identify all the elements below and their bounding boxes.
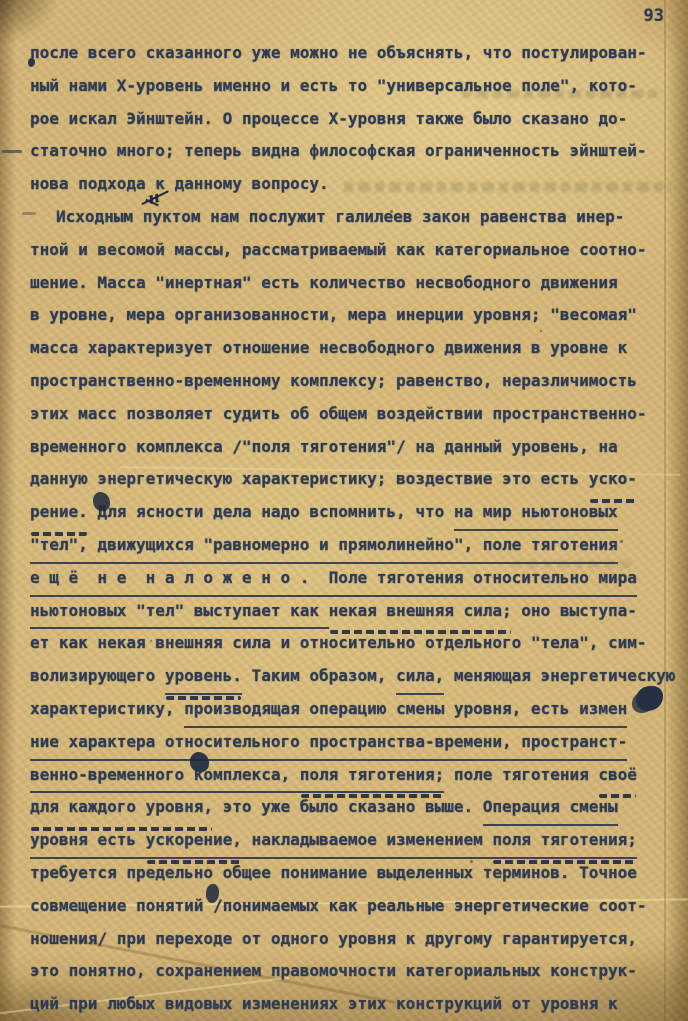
text-segment: уско- (589, 463, 637, 496)
text-line: уровня есть ускорение, накладываемое изм… (30, 824, 682, 857)
text-line: это понятно, сохранением правомочности к… (30, 955, 682, 988)
text-segment: масса характеризует отношение несвободно… (30, 332, 627, 365)
text-line: ет как некая внешняя сила и относительно… (30, 627, 682, 660)
ink-blot (190, 752, 209, 772)
paper-speck (540, 330, 542, 332)
text-segment: уровень. (165, 660, 242, 693)
text-line: требуется предельно общее понимание выде… (30, 857, 682, 890)
text-segment: своё (598, 759, 637, 792)
text-segment: Исходным пуктом нам послужит галилеев за… (56, 201, 624, 234)
paper-speck (470, 860, 473, 863)
document-lines: после всего сказанного уже можно не объя… (30, 37, 682, 1021)
text-segment: шение. Масса "инертная" есть количество … (30, 267, 618, 300)
text-line: волизирующего уровень. Таким образом, си… (30, 660, 682, 693)
text-segment: ние характера относительного пространств… (30, 726, 627, 759)
text-segment: статочно много; теперь видна философская… (30, 135, 647, 168)
paper-speck (150, 640, 152, 642)
text-segment: ций при любых видовых изменениях этих ко… (30, 988, 618, 1021)
text-line: "тел", движущихся "равномерно и прямолин… (30, 529, 682, 562)
text-line: ношения/ при переходе от одного уровня к… (30, 923, 682, 956)
text-line: шение. Масса "инертная" есть количество … (30, 267, 682, 300)
text-line: характеристику, производящая операцию см… (30, 693, 682, 726)
text-segment: рение. (30, 496, 88, 529)
text-segment: в уровне, мера организованности, мера ин… (30, 299, 637, 332)
text-line: пространственно-временному комплексу; ра… (30, 365, 682, 398)
text-segment: ный нами Х-уровень именно и есть то "уни… (30, 70, 637, 103)
text-line: масса характеризует отношение несвободно… (30, 332, 682, 365)
text-segment: на мир ньютоновых (454, 496, 618, 529)
text-line: тной и весомой массы, рассматриваемый ка… (30, 234, 682, 267)
text-line: статочно много; теперь видна философская… (30, 135, 682, 168)
text-segment: временного комплекса /"поля тяготения"/ … (30, 431, 618, 464)
text-line: венно-временного комплекса, поля тяготен… (30, 759, 682, 792)
ink-smudge (93, 492, 110, 511)
text-line: для каждого уровня, это уже было сказано… (30, 791, 682, 824)
text-line: рение. Для ясности дела надо вспомнить, … (30, 496, 682, 529)
text-segment: данную энергетическую характеристику; во… (30, 463, 589, 496)
text-segment: Для ясности дела надо вспомнить, что (88, 496, 454, 529)
text-segment: накладываемое изменением (242, 824, 492, 857)
text-segment: нова подхода к данному вопросу. (30, 168, 329, 201)
text-segment: производящая операцию смены уровня, есть… (184, 693, 627, 726)
text-segment: рое искал Эйнштейн. О процессе Х-уровня … (30, 103, 627, 136)
text-segment: это понятно, сохранением правомочности к… (30, 955, 637, 988)
text-segment: ношения/ при переходе от одного уровня к… (30, 923, 637, 956)
text-segment: совмещение понятий /понимаемых как реаль… (30, 890, 647, 923)
text-segment: поля тяготения; (300, 759, 445, 792)
text-line: Исходным пуктом нам послужит галилеев за… (30, 201, 682, 234)
text-line: рое искал Эйнштейн. О процессе Х-уровня … (30, 103, 682, 136)
text-line: этих масс позволяет судить об общем возд… (30, 398, 682, 431)
text-segment: венно-временного комплекса, (30, 759, 300, 792)
text-segment: уровня есть (30, 824, 146, 857)
text-segment: е щ ё н е н а л о ж е н о . Поле тяготен… (30, 562, 637, 595)
text-line: данную энергетическую характеристику; во… (30, 463, 682, 496)
margin-dash (22, 212, 36, 215)
scanned-typewritten-page: 93 после всего сказанного уже можно не о… (0, 0, 688, 1021)
text-line: ние характера относительного пространств… (30, 726, 682, 759)
text-segment: ньютоновых "тел" выступает как (30, 595, 329, 628)
text-segment: этих масс позволяет судить об общем возд… (30, 398, 647, 431)
text-segment: поле тяготения (444, 759, 598, 792)
text-line: ций при любых видовых изменениях этих ко… (30, 988, 682, 1021)
text-segment: для каждого уровня, (30, 791, 213, 824)
text-line: ньютоновых "тел" выступает как некая вне… (30, 595, 682, 628)
text-line: е щ ё н е н а л о ж е н о . Поле тяготен… (30, 562, 682, 595)
text-line: после всего сказанного уже можно не объя… (30, 37, 682, 70)
text-segment: некая внешняя сила; (329, 595, 512, 628)
text-segment: характеристику, (30, 693, 184, 726)
text-segment: "тел", движущихся "равномерно и прямолин… (30, 529, 618, 562)
text-line: в уровне, мера организованности, мера ин… (30, 299, 682, 332)
text-segment: это уже было сказано выше. (213, 791, 483, 824)
paper-speck (390, 210, 393, 213)
text-line: нова подхода к данному вопросу. (30, 168, 682, 201)
text-line: ный нами Х-уровень именно и есть то "уни… (30, 70, 682, 103)
text-segment: волизирующего (30, 660, 165, 693)
text-segment: сила, (396, 660, 444, 693)
text-segment: тной и весомой массы, рассматриваемый ка… (30, 234, 647, 267)
text-line: совмещение понятий /понимаемых как реаль… (30, 890, 682, 923)
text-segment: Таким образом, (242, 660, 396, 693)
paper-speck (80, 940, 82, 942)
margin-dash (2, 150, 22, 153)
text-segment: ускорение, (146, 824, 242, 857)
text-segment: оно выступа- (512, 595, 637, 628)
text-segment: после всего сказанного уже можно не объя… (30, 37, 647, 70)
text-segment: требуется предельно общее понимание выде… (30, 857, 637, 890)
text-segment: ет как некая внешняя сила и относительно… (30, 627, 647, 660)
paper-speck (620, 540, 623, 543)
text-line: временного комплекса /"поля тяготения"/ … (30, 431, 682, 464)
text-segment: Операция смены (483, 791, 618, 824)
text-segment: пространственно-временному комплексу; ра… (30, 365, 637, 398)
text-segment: поля тяготения; (492, 824, 637, 857)
